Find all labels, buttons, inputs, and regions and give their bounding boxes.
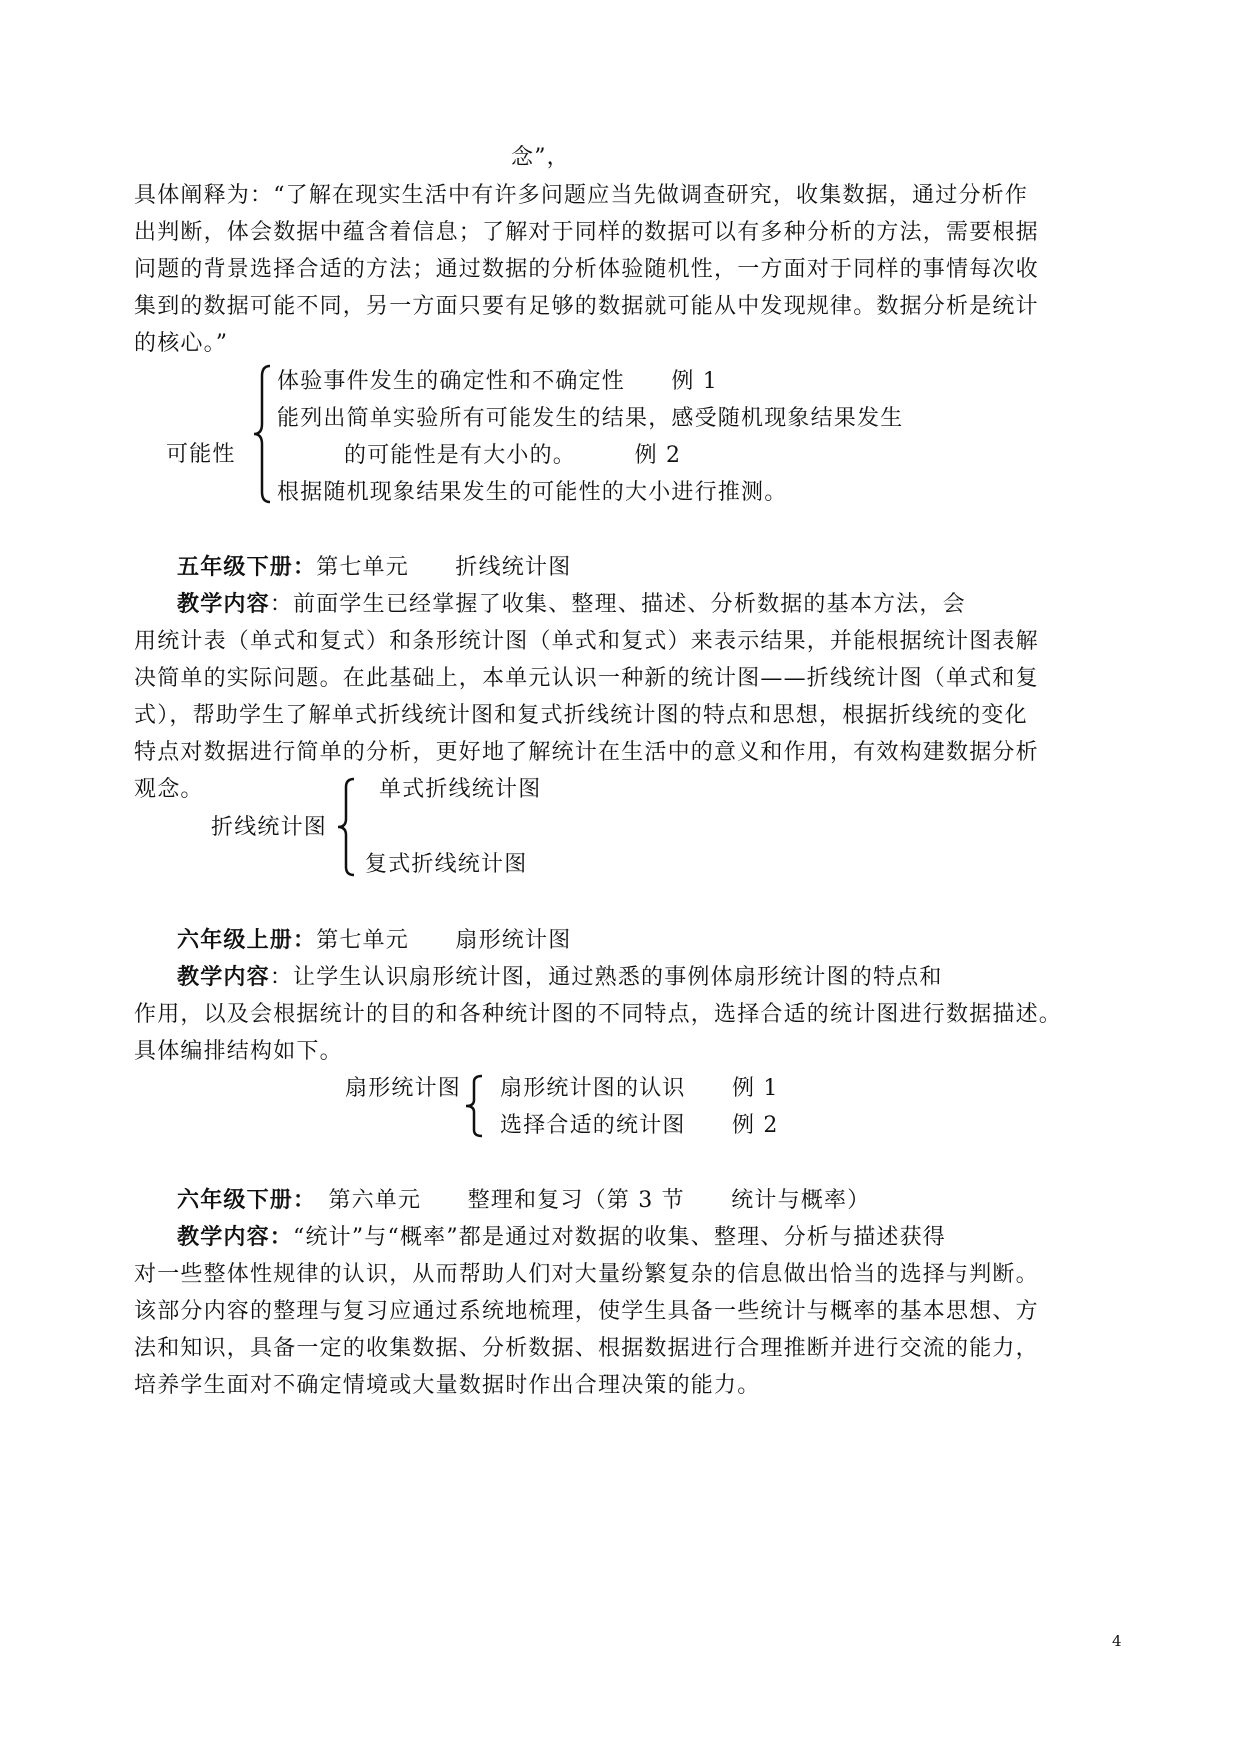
paragraph-line: 决简单的实际问题。在此基础上，本单元认识一种新的统计图——折线统计图（单式和复: [134, 664, 1039, 694]
paragraph-line: 培养学生面对不确定情境或大量数据时作出合理决策的能力。: [134, 1371, 760, 1401]
diagram-item: 能列出简单实验所有可能发生的结果，感受随机现象结果发生: [277, 404, 903, 434]
centered-fragment: 念”，: [511, 143, 570, 173]
paragraph-line: 的核心。”: [134, 329, 228, 359]
unit-title: 第六单元 整理和复习（第 3 节 统计与概率）: [305, 1188, 870, 1213]
diagram-item: 单式折线统计图: [379, 775, 541, 805]
grade-label: 六年级上册：: [177, 928, 316, 953]
curly-brace-icon: [334, 777, 358, 877]
paragraph-line: 问题的背景选择合适的方法；通过数据的分析体验随机性，一方面对于同样的事情每次收: [134, 255, 1039, 285]
paragraph-line: 对一些整体性规律的认识，从而帮助人们对大量纷繁复杂的信息做出恰当的选择与判断。: [134, 1260, 1039, 1290]
unit-title: 第七单元 扇形统计图: [316, 928, 571, 953]
diagram-root-label: 可能性: [166, 440, 236, 470]
diagram-item: 扇形统计图的认识 例 1: [500, 1074, 779, 1104]
paragraph-line: 具体编排结构如下。: [134, 1037, 343, 1067]
content-intro: 教学内容：前面学生已经掌握了收集、整理、描述、分析数据的基本方法，会: [177, 590, 966, 620]
section-heading: 六年级下册： 第六单元 整理和复习（第 3 节 统计与概率）: [177, 1186, 870, 1216]
diagram-item: 选择合适的统计图 例 2: [500, 1111, 779, 1141]
paragraph-line: 作用，以及会根据统计的目的和各种统计图的不同特点，选择合适的统计图进行数据描述。: [134, 1000, 1062, 1030]
diagram-item: 根据随机现象结果发生的可能性的大小进行推测。: [277, 478, 787, 508]
unit-title: 第七单元 折线统计图: [316, 555, 571, 580]
content-intro: 教学内容：让学生认识扇形统计图，通过熟悉的事例体扇形统计图的特点和: [177, 963, 943, 993]
section-heading: 五年级下册：第七单元 折线统计图: [177, 553, 571, 583]
diagram-item: 体验事件发生的确定性和不确定性 例 1: [277, 367, 718, 397]
document-page: 念”， 具体阐释为：“了解在现实生活中有许多问题应当先做调查研究，收集数据，通过…: [0, 0, 1241, 1754]
curly-brace-icon: [462, 1074, 486, 1138]
paragraph-line: 式），帮助学生了解单式折线统计图和复式折线统计图的特点和思想，根据折线统的变化: [134, 701, 1028, 731]
grade-label: 六年级下册：: [177, 1188, 305, 1213]
content-text: “统计”与“概率”都是通过对数据的收集、整理、分析与描述获得: [293, 1225, 946, 1250]
content-label: 教学内容：: [177, 1225, 293, 1250]
page-number: 4: [1112, 1632, 1122, 1650]
content-text: ：让学生认识扇形统计图，通过熟悉的事例体扇形统计图的特点和: [270, 965, 943, 990]
curly-brace-icon: [250, 364, 274, 504]
paragraph-line: 特点对数据进行简单的分析，更好地了解统计在生活中的意义和作用，有效构建数据分析: [134, 738, 1039, 768]
paragraph-line: 观念。: [134, 775, 204, 805]
paragraph-line: 法和知识，具备一定的收集数据、分析数据、根据数据进行合理推断并进行交流的能力，: [134, 1334, 1039, 1364]
content-intro: 教学内容：“统计”与“概率”都是通过对数据的收集、整理、分析与描述获得: [177, 1223, 946, 1253]
paragraph-line: 出判断，体会数据中蕴含着信息；了解对于同样的数据可以有多种分析的方法，需要根据: [134, 218, 1039, 248]
diagram-item: 复式折线统计图: [365, 850, 527, 880]
diagram-root-label: 扇形统计图: [345, 1074, 461, 1104]
content-label: 教学内容: [177, 592, 270, 617]
diagram-item: 的可能性是有大小的。 例 2: [344, 441, 681, 471]
paragraph-line: 该部分内容的整理与复习应通过系统地梳理，使学生具备一些统计与概率的基本思想、方: [134, 1297, 1039, 1327]
paragraph-line: 用统计表（单式和复式）和条形统计图（单式和复式）来表示结果，并能根据统计图表解: [134, 627, 1039, 657]
paragraph-line: 具体阐释为：“了解在现实生活中有许多问题应当先做调查研究，收集数据，通过分析作: [134, 181, 1028, 211]
grade-label: 五年级下册：: [177, 555, 316, 580]
diagram-root-label: 折线统计图: [211, 813, 327, 843]
content-text: ：前面学生已经掌握了收集、整理、描述、分析数据的基本方法，会: [270, 592, 966, 617]
section-heading: 六年级上册：第七单元 扇形统计图: [177, 926, 571, 956]
paragraph-line: 集到的数据可能不同，另一方面只要有足够的数据就可能从中发现规律。数据分析是统计: [134, 292, 1039, 322]
content-label: 教学内容: [177, 965, 270, 990]
